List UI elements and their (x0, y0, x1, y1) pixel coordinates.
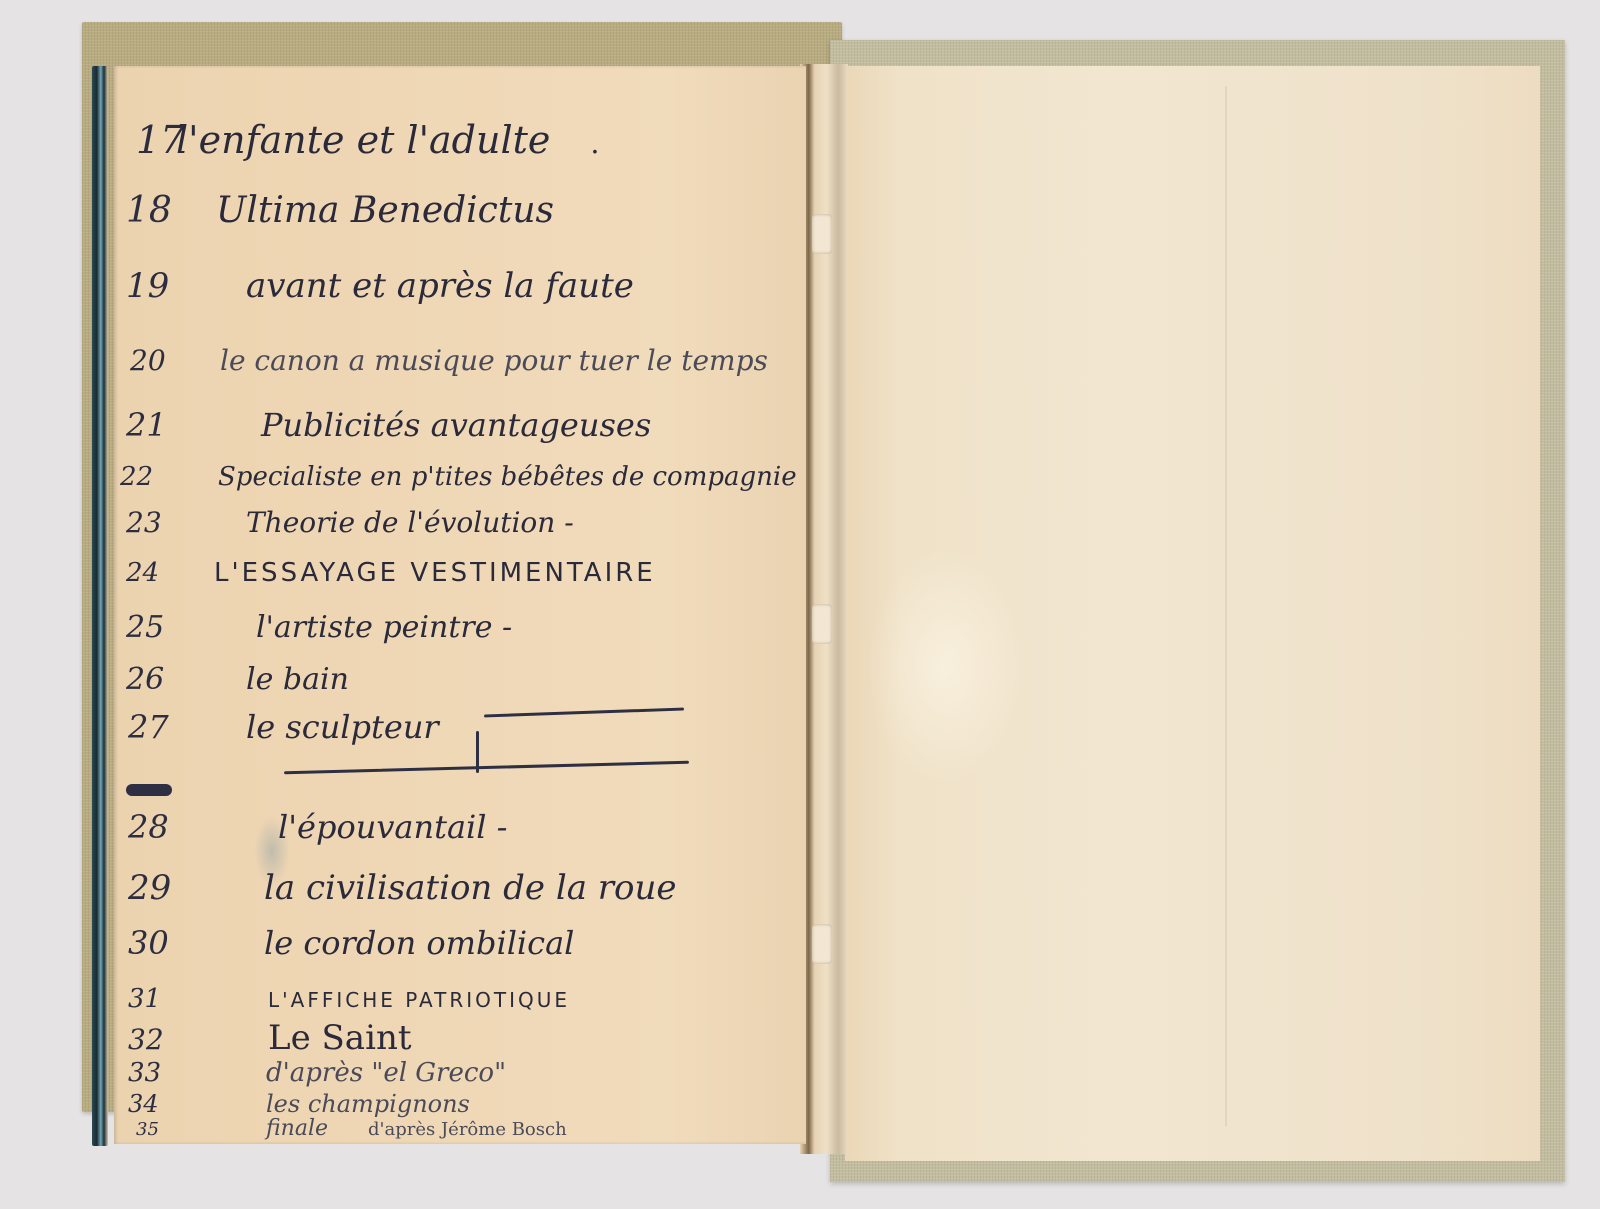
strikethrough (284, 761, 689, 775)
torn-hinge (812, 924, 832, 964)
list-entry: 17 l'enfante et l'adulte . (136, 118, 599, 162)
paper-stain (865, 546, 1025, 786)
torn-hinge (812, 604, 832, 644)
list-entry: 30 le cordon ombilical (128, 924, 574, 962)
crossed-out-number (126, 784, 172, 796)
list-entry: 18 Ultima Benedictus (126, 190, 554, 231)
list-entry: 25 l'artiste peintre - (126, 610, 512, 645)
strikethrough (484, 708, 684, 718)
list-entry: 35 finale d'après Jérôme Bosch (136, 1116, 567, 1141)
list-entry: 33 d'après "el Greco" (128, 1058, 506, 1088)
blank-endpaper (845, 66, 1540, 1161)
list-entry: 23 Theorie de l'évolution - (126, 506, 574, 539)
list-entry: 24 L'ESSAYAGE VESTIMENTAIRE (126, 558, 656, 588)
list-entry: 19 avant et après la faute (126, 266, 634, 306)
list-entry: 27 le sculpteur (128, 708, 439, 746)
list-entry: 34 les champignons (128, 1090, 470, 1118)
paper-crease (1225, 86, 1227, 1126)
list-entry: 32 Le Saint (128, 1018, 412, 1058)
handwritten-page: 17 l'enfante et l'adulte . 18 Ultima Ben… (114, 66, 806, 1144)
list-entry: 28 l'épouvantail - (128, 808, 507, 846)
list-entry: 26 le bain (126, 662, 349, 697)
list-entry: 21 Publicités avantageuses (126, 406, 651, 444)
list-entry: 20 le canon a musique pour tuer le temps (130, 344, 768, 377)
list-entry: 22 Specialiste en p'tites bébêtes de com… (120, 462, 797, 492)
torn-hinge (812, 214, 832, 254)
list-entry: 29 la civilisation de la roue (128, 868, 677, 908)
page-edges (92, 66, 108, 1146)
notebook-spine (800, 64, 848, 1154)
list-entry: 31 L'AFFICHE PATRIOTIQUE (128, 984, 570, 1014)
